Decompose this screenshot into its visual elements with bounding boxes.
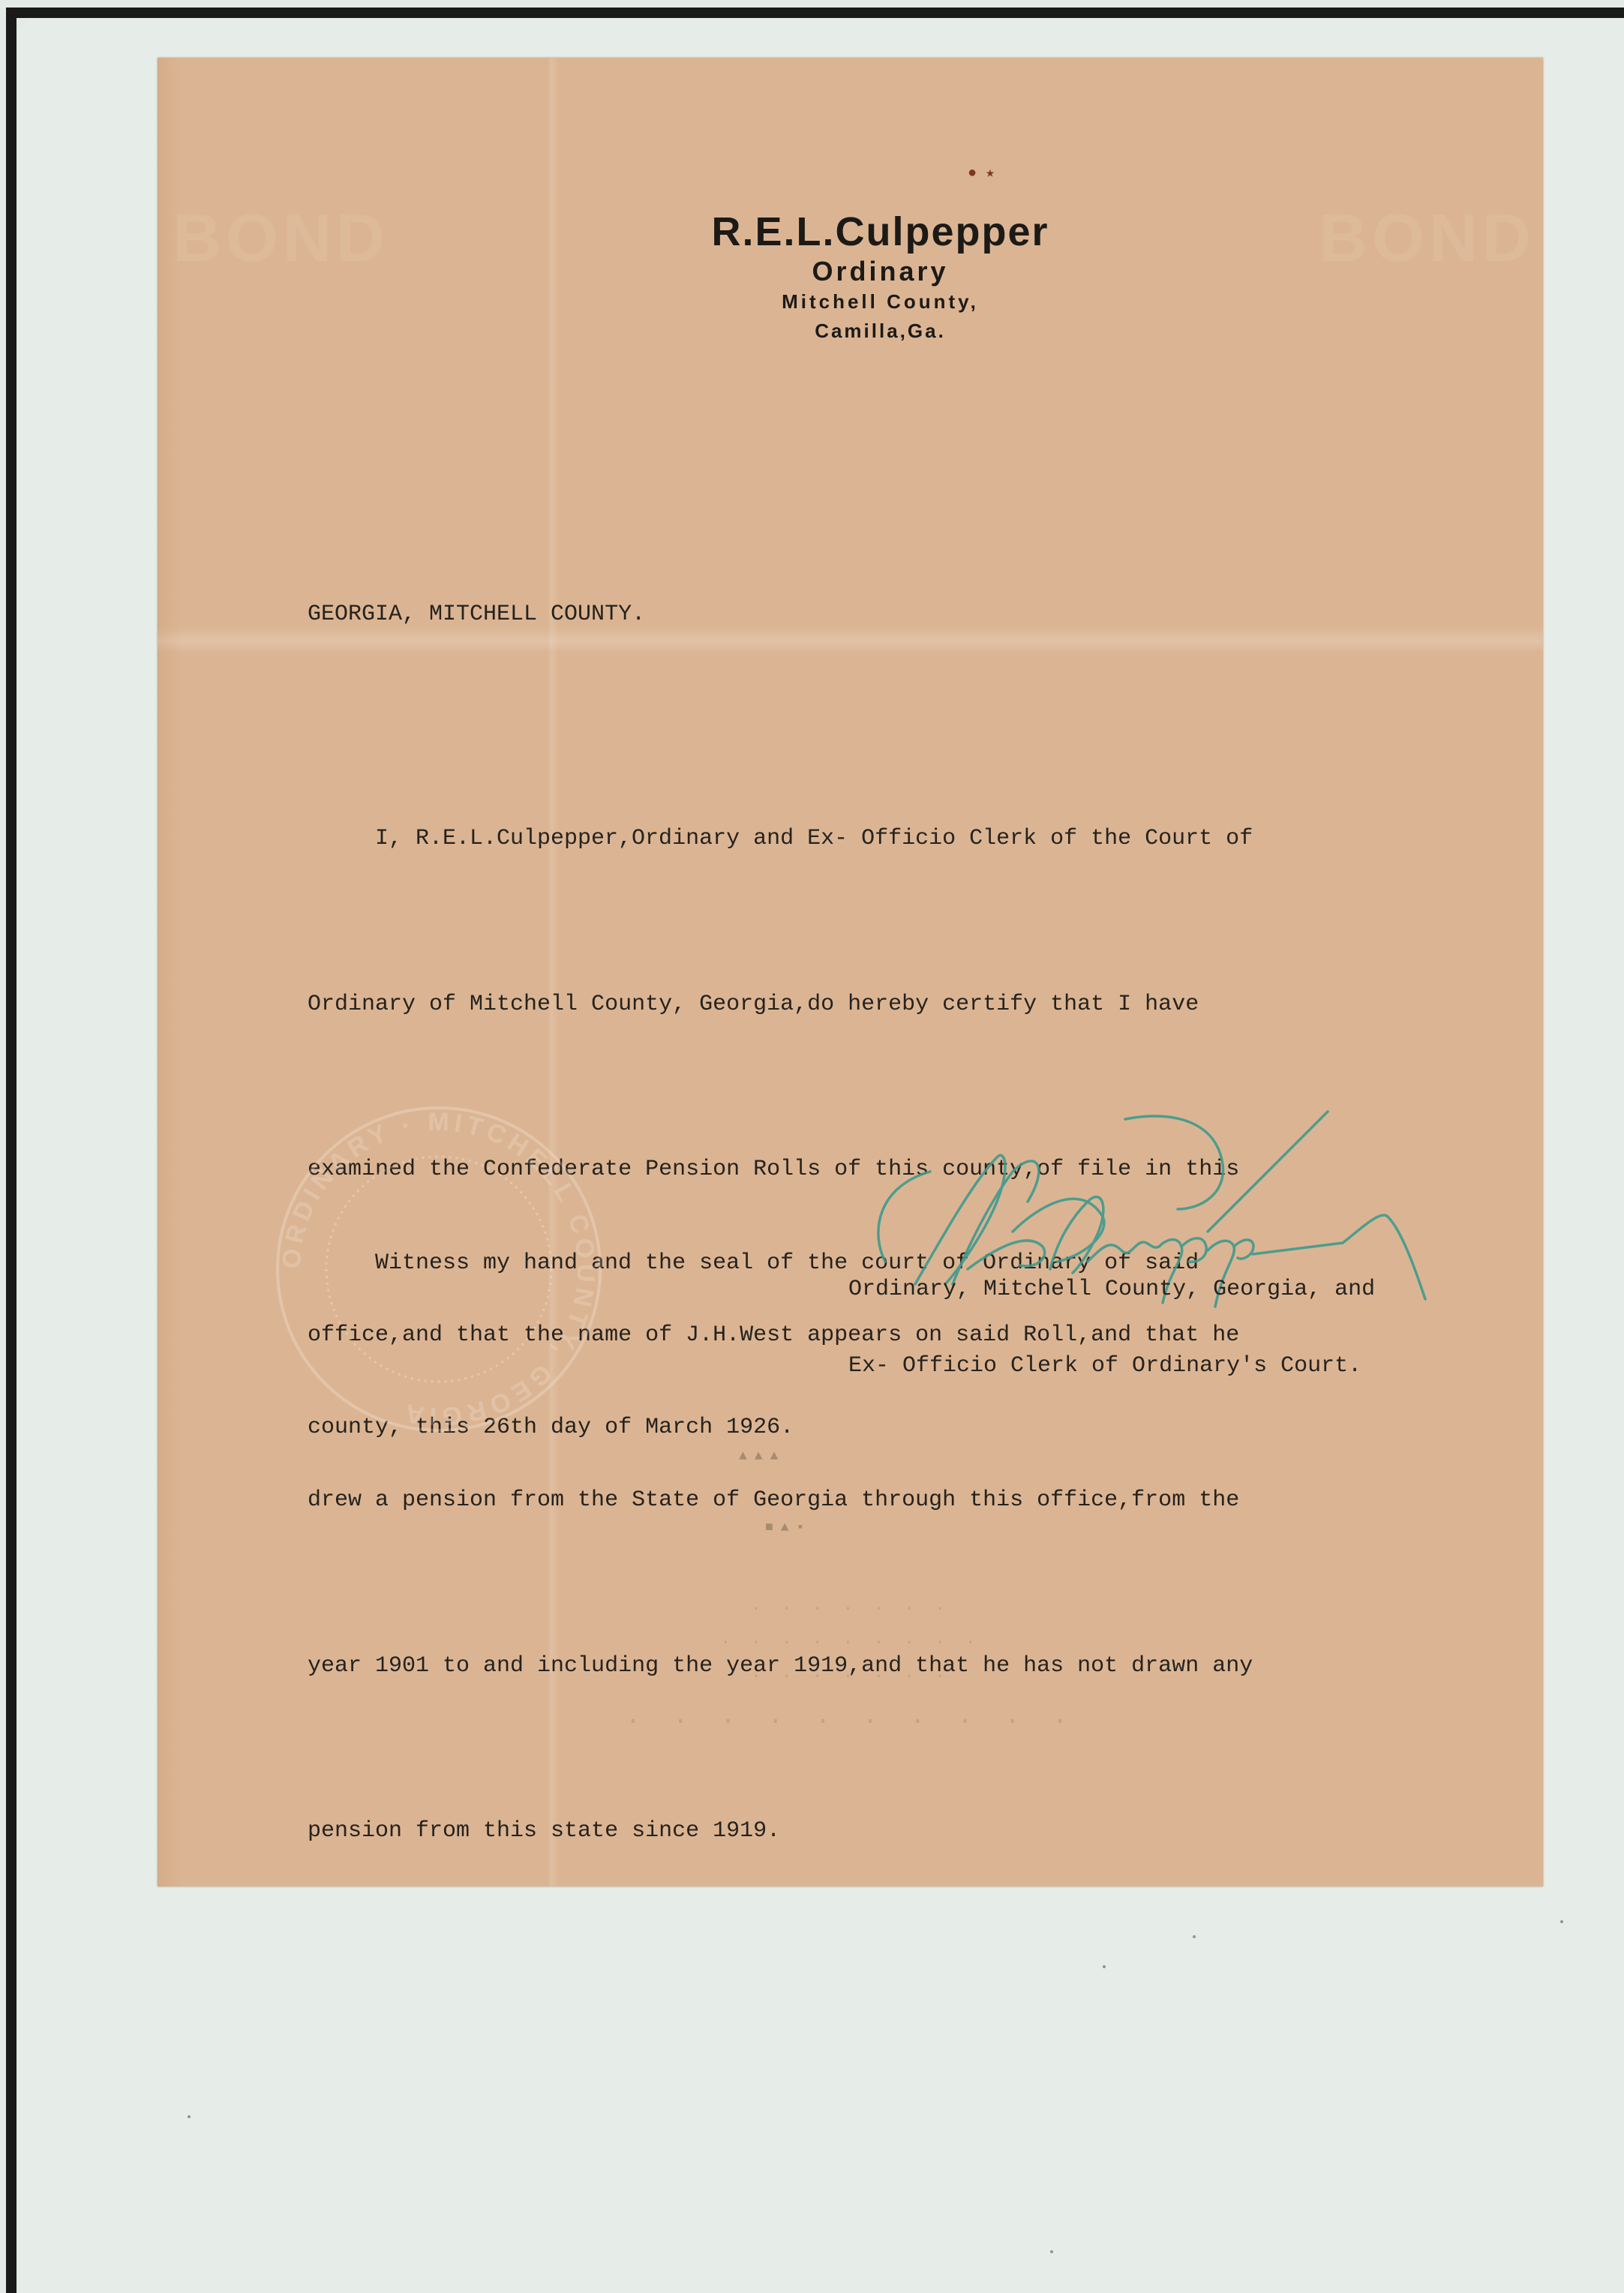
dust-speck [188, 2115, 191, 2118]
letterhead: R.E.L.Culpepper Ordinary Mitchell County… [158, 208, 1543, 346]
venue-heading: GEORGIA, MITCHELL COUNTY. [308, 602, 645, 627]
show-through-text: . . . . . . . [158, 1595, 1543, 1616]
dust-speck [1560, 1920, 1563, 1923]
body-line: Ordinary of Mitchell County, Georgia,do … [308, 977, 1253, 1033]
faint-ink-marks: ▲▲▲ [739, 1449, 785, 1464]
dust-speck [1193, 1935, 1196, 1938]
body-line: I, R.E.L.Culpepper,Ordinary and Ex- Offi… [308, 812, 1253, 867]
scanner-edge-left [6, 8, 17, 2293]
body-line: pension from this state since 1919. [308, 1804, 1253, 1859]
show-through-text: . . . . . . . . . [158, 1629, 1543, 1649]
show-through-text: . . . . . . . . . . [158, 1700, 1543, 1731]
dust-speck [1103, 1965, 1106, 1968]
scanner-edge-top [6, 8, 1624, 18]
embossed-seal-icon: ORDINARY · MITCHELL COUNTY, GEORGIA [270, 1100, 608, 1438]
letterhead-county: Mitchell County, [218, 287, 1543, 316]
dust-speck [1050, 2250, 1053, 2253]
document-page: BOND BOND ●★ R.E.L.Culpepper Ordinary Mi… [158, 58, 1543, 1886]
letterhead-name: R.E.L.Culpepper [218, 208, 1543, 256]
signature-title-line: Ex- Officio Clerk of Ordinary's Court. [848, 1353, 1375, 1379]
signature-block: Ordinary, Mitchell County, Georgia, and … [848, 1226, 1375, 1430]
letterhead-city: Camilla,Ga. [218, 316, 1543, 346]
show-through-text: . . . . . . . [158, 1663, 1543, 1683]
ink-stain-marks: ●★ [968, 163, 1004, 182]
letterhead-title: Ordinary [218, 256, 1543, 287]
faint-ink-marks: ■▲▪ [765, 1520, 812, 1535]
signature-title-line: Ordinary, Mitchell County, Georgia, and [848, 1277, 1375, 1302]
